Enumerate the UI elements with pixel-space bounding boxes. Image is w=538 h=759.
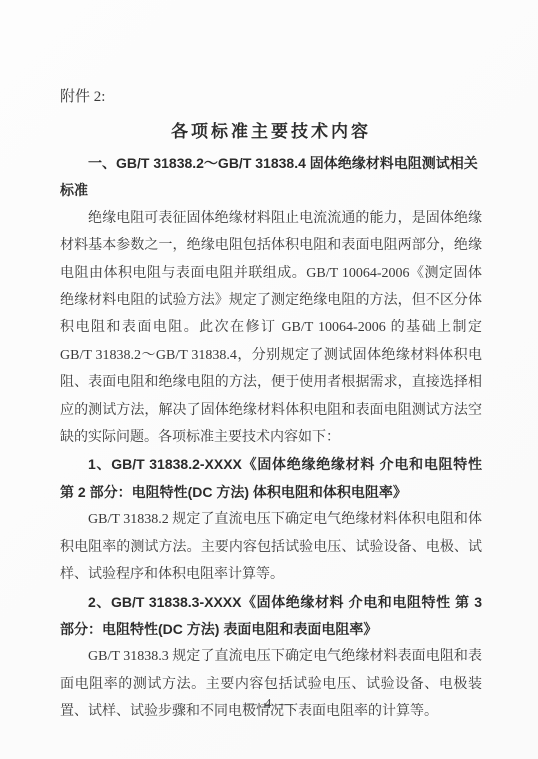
item-2-heading: 2、GB/T 31838.3-XXXX《固体绝缘材料 介电和电阻特性 第 3 部… [60,589,482,644]
item-2-body: GB/T 31838.3 规定了直流电压下确定电气绝缘材料表面电阻和表面电阻率的… [60,643,482,725]
item-1-heading: 1、GB/T 31838.2-XXXX《固体绝缘绝缘材料 介电和电阻特性 第 2… [60,451,482,506]
intro-paragraph: 绝缘电阻可表征固体绝缘材料阻止电流流通的能力，是固体绝缘材料基本参数之一，绝缘电… [60,205,482,452]
item-1-body: GB/T 31838.2 规定了直流电压下确定电气绝缘材料体积电阻和体积电阻率的… [60,506,482,588]
page-number: — 4 — [0,697,538,713]
document-title: 各项标准主要技术内容 [60,120,482,144]
attachment-label: 附件 2: [60,86,482,108]
document-page: 附件 2: 各项标准主要技术内容 一、GB/T 31838.2～GB/T 318… [0,0,538,759]
document-content: 附件 2: 各项标准主要技术内容 一、GB/T 31838.2～GB/T 318… [60,0,482,726]
section-heading: 一、GB/T 31838.2～GB/T 31838.4 固体绝缘材料电阻测试相关… [60,150,482,205]
